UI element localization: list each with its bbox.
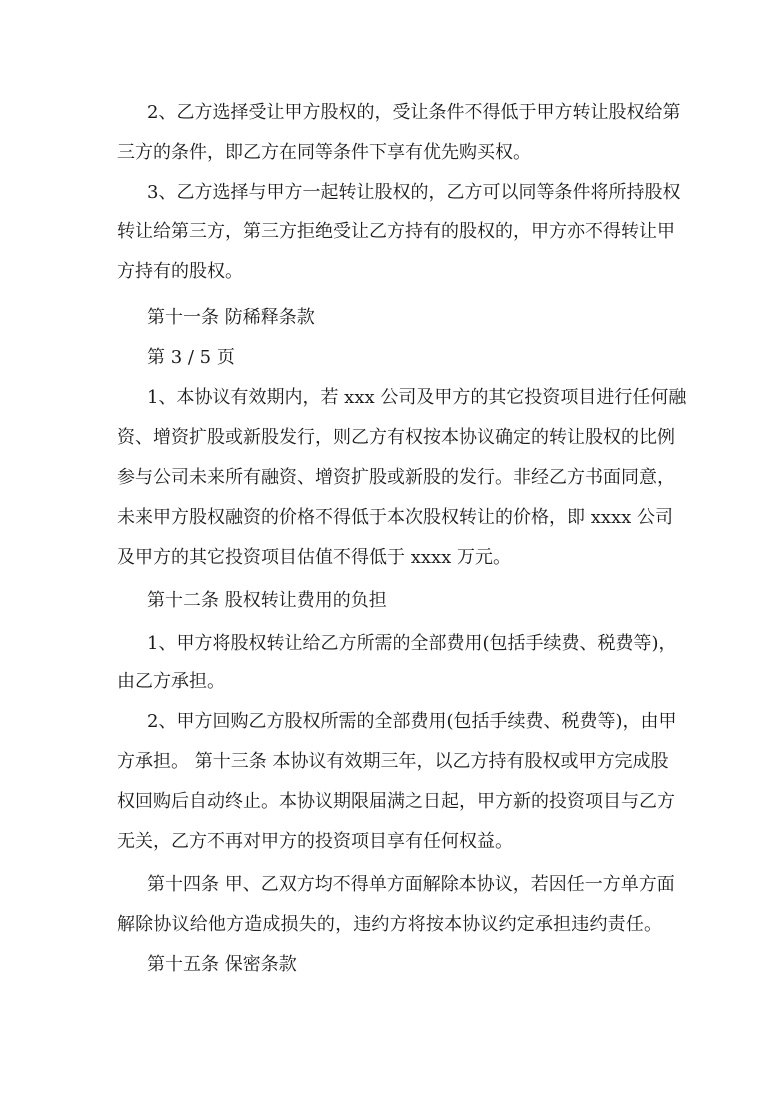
text-line: 三方的条件，即乙方在同等条件下享有优先购买权。 [117,141,662,165]
text-line: 转让给第三方，第三方拒绝受让乙方持有的股权的，甲方亦不得转让甲 [117,220,662,244]
text-line: 权回购后自动终止。本协议期限届满之日起，甲方新的投资项目与乙方 [117,790,662,814]
text-line: 3、乙方选择与甲方一起转让股权的，乙方可以同等条件将所持股权 [147,181,662,205]
text-line: 第十五条 保密条款 [147,953,662,977]
text-line: 及甲方的其它投资项目估值不得低于 xxxx 万元。 [117,546,662,570]
text-line: 第十四条 甲、乙双方均不得单方面解除本协议，若因任一方单方面 [147,873,662,897]
text-line: 第十二条 股权转让费用的负担 [147,589,662,613]
text-line: 方承担。 第十三条 本协议有效期三年，以乙方持有股权或甲方完成股 [117,750,662,774]
text-line: 第十一条 防稀释条款 [147,306,662,330]
text-line: 解除协议给他方造成损失的，违约方将按本协议约定承担违约责任。 [117,913,662,937]
text-line: 方持有的股权。 [117,260,662,284]
text-line: 第 3 / 5 页 [147,346,662,370]
text-line: 无关，乙方不再对甲方的投资项目享有任何权益。 [117,830,662,854]
text-line: 资、增资扩股或新股发行，则乙方有权按本协议确定的转让股权的比例 [117,426,662,450]
text-line: 由乙方承担。 [117,670,662,694]
text-line: 参与公司未来所有融资、增资扩股或新股的发行。非经乙方书面同意， [117,466,662,490]
text-line: 未来甲方股权融资的价格不得低于本次股权转让的价格，即 xxxx 公司 [117,506,662,530]
text-line: 2、甲方回购乙方股权所需的全部费用(包括手续费、税费等)，由甲 [147,710,662,734]
text-line: 1、本协议有效期内，若 xxx 公司及甲方的其它投资项目进行任何融 [147,386,662,410]
document-page: 2、乙方选择受让甲方股权的，受让条件不得低于甲方转让股权给第三方的条件，即乙方在… [0,0,774,1095]
text-line: 2、乙方选择受让甲方股权的，受让条件不得低于甲方转让股权给第 [147,101,662,125]
text-line: 1、甲方将股权转让给乙方所需的全部费用(包括手续费、税费等)， [147,632,662,656]
